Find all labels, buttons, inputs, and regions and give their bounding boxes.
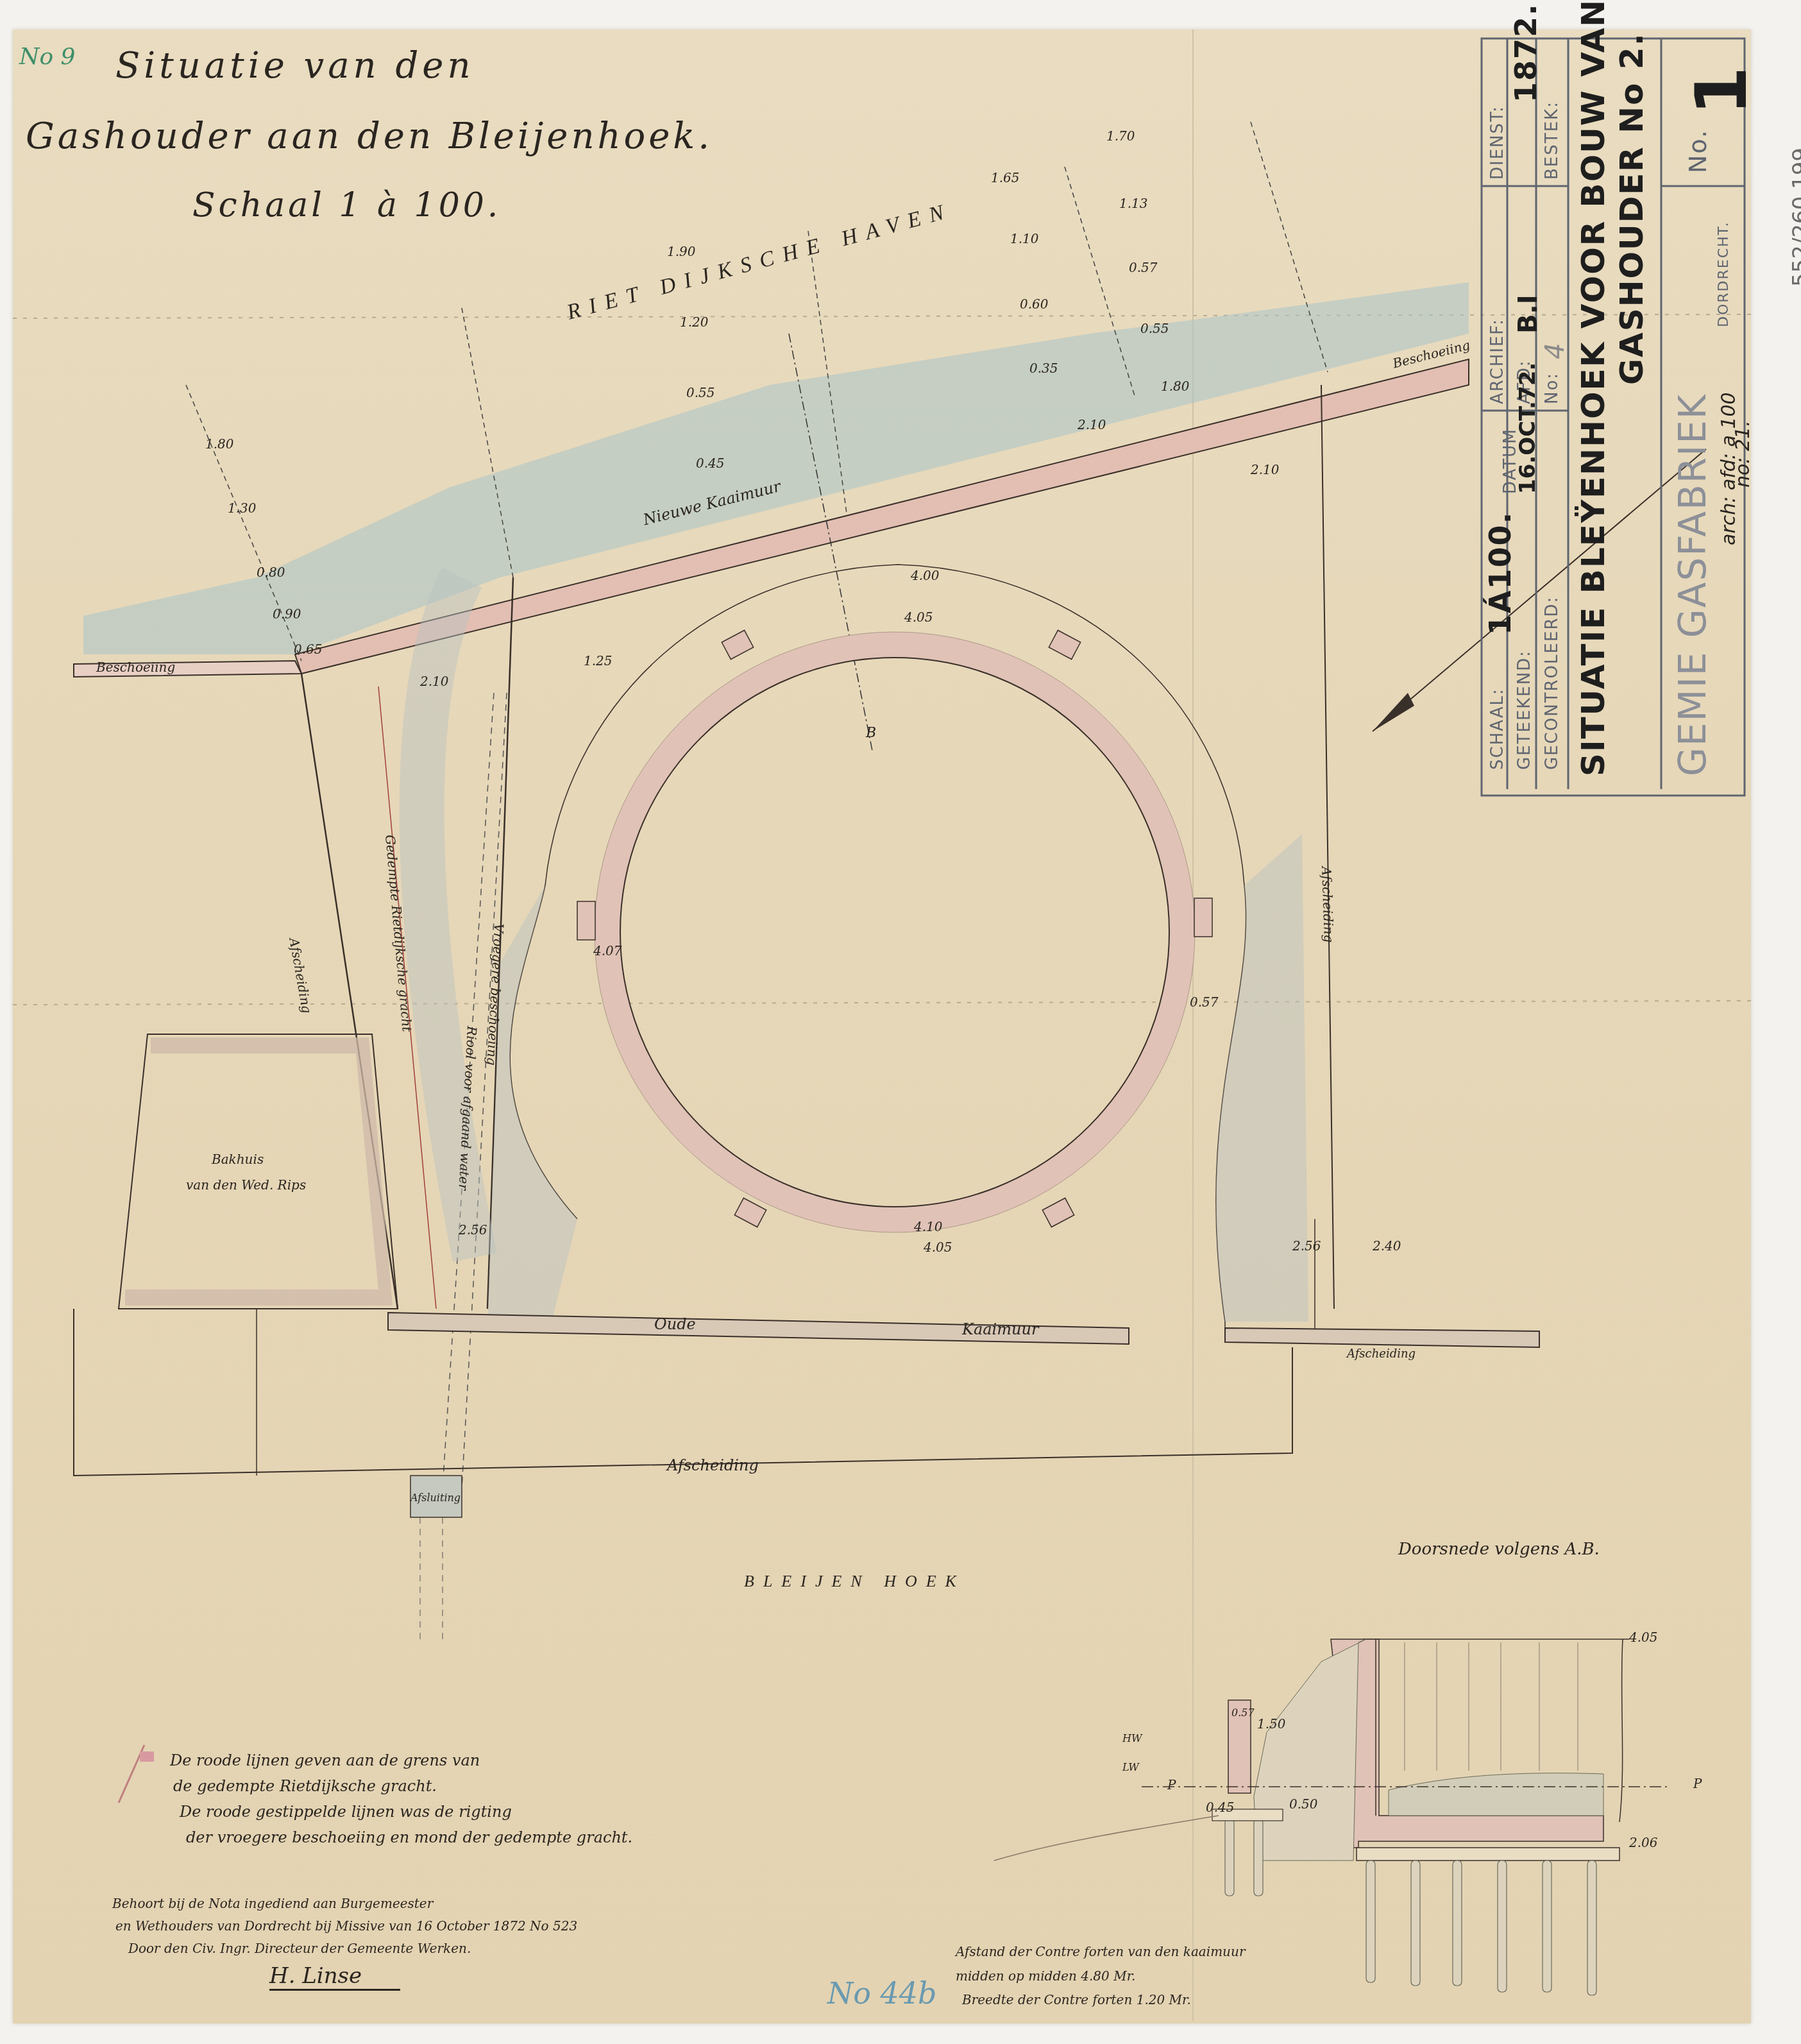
ring-level: 4.00 xyxy=(911,568,940,583)
bakhuis-label-2: van den Wed. Rips xyxy=(186,1177,306,1193)
afscheiding-corner-label: Afscheiding xyxy=(1347,1347,1416,1361)
bakhuis-label-1: Bakhuis xyxy=(212,1152,264,1167)
land-level: 2.10 xyxy=(1251,462,1280,477)
section-marker-b: B xyxy=(866,725,876,741)
dienst-label: DIENST: xyxy=(1488,105,1507,180)
land-level: 1.25 xyxy=(584,653,613,669)
title-line-1: Situatie van den xyxy=(115,45,475,87)
legend-line-3: De roode gestippelde lijnen was de rigti… xyxy=(180,1803,512,1821)
section-level: 2.06 xyxy=(1629,1835,1658,1850)
ring-level: 4.05 xyxy=(924,1239,952,1255)
ring-level: 4.05 xyxy=(904,609,933,625)
sounding: 0.80 xyxy=(257,565,285,580)
land-level: 2.10 xyxy=(1078,417,1106,432)
sounding: 0.60 xyxy=(1020,296,1049,312)
ring-level: 0.57 xyxy=(1190,994,1219,1010)
section-dimension: 1.50 xyxy=(1257,1716,1286,1732)
sounding: 0.55 xyxy=(686,385,715,400)
sounding: 0.45 xyxy=(696,456,725,471)
city: DORDRECHT. xyxy=(1716,221,1732,327)
legend-line-1: De roode lijnen geven aan de grens van xyxy=(170,1751,480,1769)
gasholder-ring xyxy=(607,645,1182,1220)
sounding: 1.13 xyxy=(1119,196,1148,211)
geteekend-label: GETEEKEND: xyxy=(1515,650,1534,770)
section-title: Doorsnede volgens A.B. xyxy=(1398,1540,1600,1559)
sounding: 0.55 xyxy=(1140,321,1169,336)
land-level: 2.10 xyxy=(420,674,449,689)
sounding: 0.90 xyxy=(273,606,301,622)
section-level: 0.50 xyxy=(1289,1796,1318,1812)
afd-value: B.I xyxy=(1514,294,1543,334)
land-level: 2.40 xyxy=(1373,1238,1401,1254)
archief-label: ARCHIEF: xyxy=(1488,318,1507,404)
schaal-label: SCHAAL: xyxy=(1488,688,1507,770)
sounding: 1.10 xyxy=(1010,231,1039,246)
bestek-label: BESTEK: xyxy=(1543,101,1562,180)
organisation: GEMIE GASFABRIEK xyxy=(1671,393,1714,776)
sheet-no-label: No. xyxy=(1684,129,1712,173)
title-line-3: Schaal 1 à 100. xyxy=(192,186,501,225)
legend-line-4: der vroegere beschoeiing en mond der ged… xyxy=(186,1828,632,1846)
sounding: 0.65 xyxy=(294,642,323,657)
old-quay-label-1: Oude xyxy=(654,1315,696,1333)
land-level: 1.80 xyxy=(1161,379,1190,394)
sheet-no-value: 1 xyxy=(1680,65,1763,115)
section-note-1: Afstand der Contre forten van den kaaimu… xyxy=(956,1944,1245,1959)
section-dimension: 0.57 xyxy=(1231,1707,1255,1719)
gecontroleerd-label: GECONTROLEERD: xyxy=(1543,596,1562,770)
no-label: No: xyxy=(1543,372,1562,404)
schaal-value: 1Á100. xyxy=(1483,511,1518,635)
sounding: 1.70 xyxy=(1106,128,1135,144)
land-level: 2.56 xyxy=(1292,1238,1321,1254)
afsluiting-label: Afsluiting xyxy=(410,1492,461,1504)
afscheiding-right-label: Afscheiding xyxy=(1319,866,1337,943)
beschoeiing-left-label: Beschoeiing xyxy=(96,660,175,675)
subject-line-1: SITUATIE BLEŸENHOEK VOOR BOUW VAN xyxy=(1575,0,1612,776)
sounding: 0.35 xyxy=(1029,361,1058,376)
district-label: BLEIJEN HOEK xyxy=(744,1572,965,1591)
no-value: 4 xyxy=(1541,343,1570,359)
approval-line-3: Door den Civ. Ingr. Directeur der Gemeen… xyxy=(128,1941,471,1956)
cross-section xyxy=(994,1639,1668,1995)
archive-ref-2: no: 21. xyxy=(1732,420,1754,488)
bottom-stamp: No 44b xyxy=(827,1976,937,2011)
section-level: 0.45 xyxy=(1206,1800,1235,1815)
sounding: 1.20 xyxy=(680,314,709,330)
old-quay-label-2: Kaaimuur xyxy=(962,1320,1038,1338)
subject-line-2: GASHOUDER No 2. xyxy=(1613,32,1650,385)
profile-marker-right: P xyxy=(1693,1776,1702,1791)
section-level: 4.05 xyxy=(1629,1630,1658,1645)
title-line-2: Gashouder aan den Bleijenhoek. xyxy=(26,115,713,157)
profile-marker-left: P xyxy=(1167,1777,1176,1793)
catalog-number: 552/260.199 xyxy=(1788,148,1801,287)
ring-level: 4.10 xyxy=(914,1219,943,1234)
dienst-value: 1872. xyxy=(1509,3,1543,103)
legend-line-2: de gedempte Rietdijksche gracht. xyxy=(173,1777,437,1795)
section-hw: HW xyxy=(1122,1732,1142,1744)
datum-value: 16.OCT.72. xyxy=(1515,362,1541,494)
section-lw: LW xyxy=(1122,1761,1139,1773)
sounding: 1.90 xyxy=(667,244,696,259)
approval-line-1: Behoort bij de Nota ingediend aan Burgem… xyxy=(112,1896,433,1911)
land-level: 2.56 xyxy=(459,1222,487,1238)
sounding: 0.57 xyxy=(1129,260,1158,275)
section-note-3: Breedte der Contre forten 1.20 Mr. xyxy=(962,1992,1191,2007)
sounding: 1.30 xyxy=(228,500,257,516)
section-note-2: midden op midden 4.80 Mr. xyxy=(956,1968,1135,1984)
afscheiding-bottom-label: Afscheiding xyxy=(667,1456,759,1474)
sounding: 1.80 xyxy=(205,436,234,452)
approval-line-2: en Wethouders van Dordrecht bij Missive … xyxy=(115,1918,577,1934)
ring-level: 4.07 xyxy=(593,943,622,958)
archive-mark-top: No 9 xyxy=(19,44,76,70)
signature: H. Linse xyxy=(269,1963,400,1991)
sounding: 1.65 xyxy=(991,170,1020,185)
